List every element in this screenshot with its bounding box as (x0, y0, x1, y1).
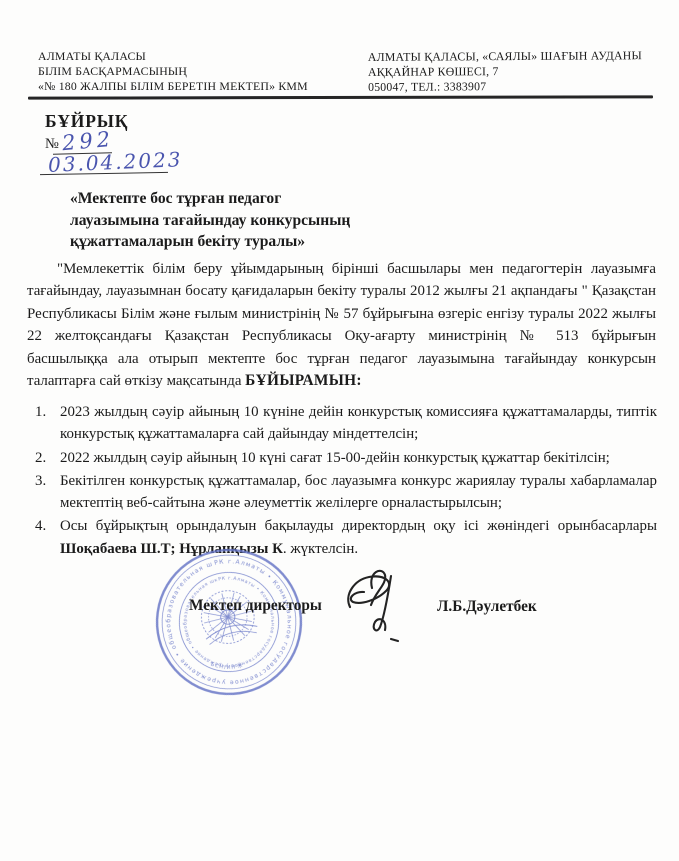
letterhead-left: АЛМАТЫ ҚАЛАСЫ БІЛІМ БАСҚАРМАСЫНЫҢ «№ 180… (38, 49, 338, 94)
directive-item: 3. Бекітілген конкурстық құжаттамалар, б… (27, 470, 657, 515)
order-subject-line: лауазымына тағайындау конкурсының (70, 210, 350, 232)
order-subject: «Мектепте бос тұрған педагог лауазымына … (70, 188, 350, 253)
directives-list: 1. 2023 жылдың сәуір айының 10 күніне де… (27, 401, 657, 561)
preamble-paragraph: "Мемлекеттік білім беру ұйымдарының бірі… (27, 258, 656, 392)
directive-item: 1. 2023 жылдың сәуір айының 10 күніне де… (27, 401, 657, 446)
directive-text: Бекітілген конкурстық құжаттамалар, бос … (60, 473, 657, 511)
letterhead-left-line: «№ 180 ЖАЛПЫ БІЛІМ БЕРЕТІН МЕКТЕП» КММ (38, 79, 338, 94)
handwritten-signature (342, 565, 438, 643)
document-page: АЛМАТЫ ҚАЛАСЫ БІЛІМ БАСҚАРМАСЫНЫҢ «№ 180… (0, 0, 679, 861)
directive-text: 2023 жылдың сәуір айының 10 күніне дейін… (60, 404, 657, 442)
signature-role: Мектеп директоры (189, 597, 322, 615)
letterhead-right-line: 050047, ТЕЛ.: 3383907 (368, 78, 668, 95)
decree-word: БҰЙЫРАМЫН: (245, 372, 362, 389)
preamble-text: "Мемлекеттік білім беру ұйымдарының бірі… (27, 261, 656, 389)
stamp-bottom-text: БСН/ИН (209, 656, 238, 676)
order-subject-line: құжаттамаларын бекіту туралы» (70, 231, 350, 253)
letterhead-right: АЛМАТЫ ҚАЛАСЫ, «САЯЛЫ» ШАҒЫН АУДАНЫ АҚҚА… (368, 48, 668, 95)
svg-text:БСН/ИН: БСН/ИН (209, 656, 238, 676)
directive-number: 4. (35, 515, 46, 537)
signature-name: Л.Б.Дәулетбек (437, 598, 537, 616)
directive-number: 3. (35, 470, 46, 492)
order-subject-line: «Мектепте бос тұрған педагог (70, 188, 350, 210)
directive-text: . жүктелсін. (283, 541, 358, 557)
letterhead-left-line: АЛМАТЫ ҚАЛАСЫ (38, 49, 338, 64)
letterhead-left-line: БІЛІМ БАСҚАРМАСЫНЫҢ (38, 64, 338, 79)
directive-number: 1. (35, 401, 46, 423)
header-separator-rule (28, 95, 653, 99)
directive-item: 2. 2022 жылдың сәуір айының 10 күні саға… (27, 447, 657, 469)
stamp-emblem (196, 585, 260, 649)
directive-item: 4. Осы бұйрықтың орындалуын бақылауды ди… (27, 515, 657, 560)
order-number-label: № (45, 136, 59, 153)
directive-number: 2. (35, 447, 46, 469)
letterhead-right-line: АЛМАТЫ ҚАЛАСЫ, «САЯЛЫ» ШАҒЫН АУДАНЫ (368, 48, 668, 65)
directive-text: 2022 жылдың сәуір айының 10 күні сағат 1… (60, 450, 610, 466)
directive-text: Осы бұйрықтың орындалуын бақылауды дирек… (60, 518, 657, 534)
